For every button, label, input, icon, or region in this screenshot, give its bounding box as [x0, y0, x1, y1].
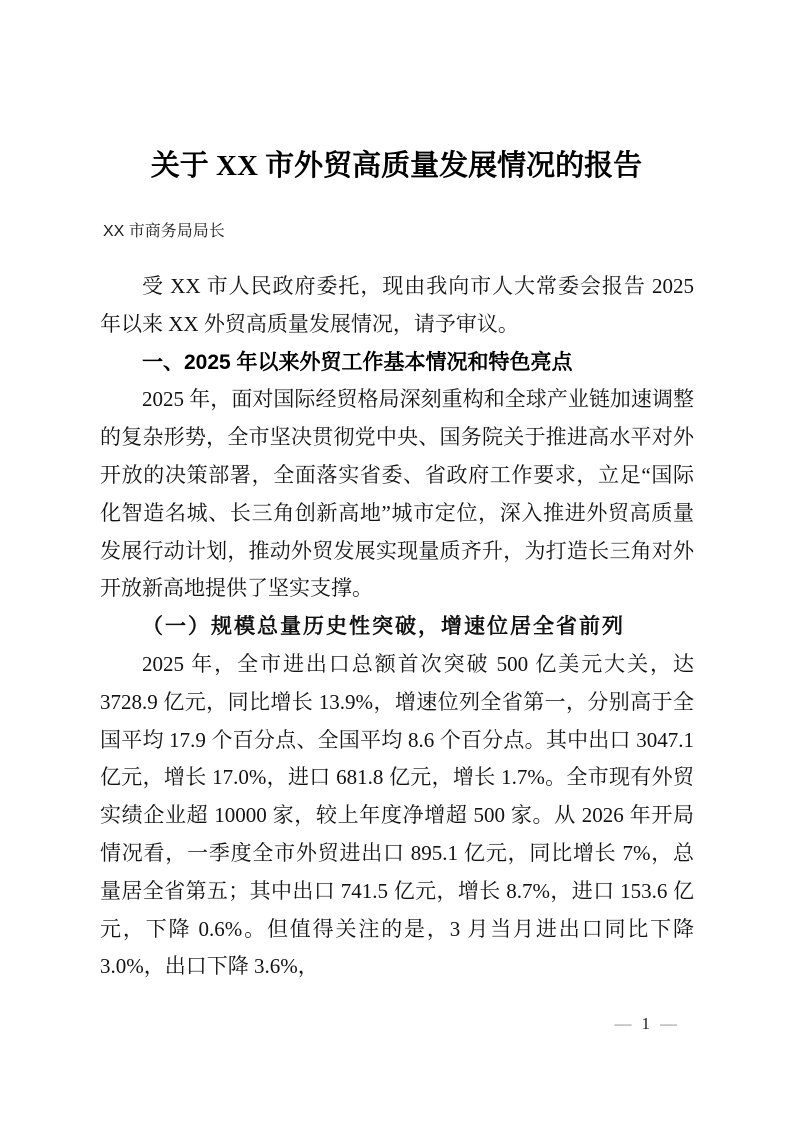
author-line: XX 市商务局局长	[103, 222, 693, 242]
page-number-dash-left: —	[615, 1014, 632, 1033]
page-number: —1—	[615, 1012, 678, 1036]
page-number-value: 1	[632, 1014, 661, 1033]
subsection-1-1-paragraph: 2025 年，全市进出口总额首次突破 500 亿美元大关，达 3728.9 亿元…	[100, 646, 694, 986]
page-number-dash-right: —	[660, 1014, 677, 1033]
section-1-paragraph: 2025 年，面对国际经贸格局深刻重构和全球产业链加速调整的复杂形势，全市坚决贯…	[100, 381, 694, 608]
section-1-heading: 一、2025 年以来外贸工作基本情况和特色亮点	[100, 344, 694, 382]
intro-paragraph: 受 XX 市人民政府委托，现由我向市人大常委会报告 2025 年以来 XX 外贸…	[100, 268, 694, 344]
document-page: 关于 XX 市外贸高质量发展情况的报告 XX 市商务局局长 受 XX 市人民政府…	[0, 0, 793, 1122]
document-body: 受 XX 市人民政府委托，现由我向市人大常委会报告 2025 年以来 XX 外贸…	[100, 268, 694, 986]
document-title: 关于 XX 市外贸高质量发展情况的报告	[70, 0, 723, 186]
subsection-1-1-heading: （一）规模总量历史性突破，增速位居全省前列	[100, 608, 694, 646]
